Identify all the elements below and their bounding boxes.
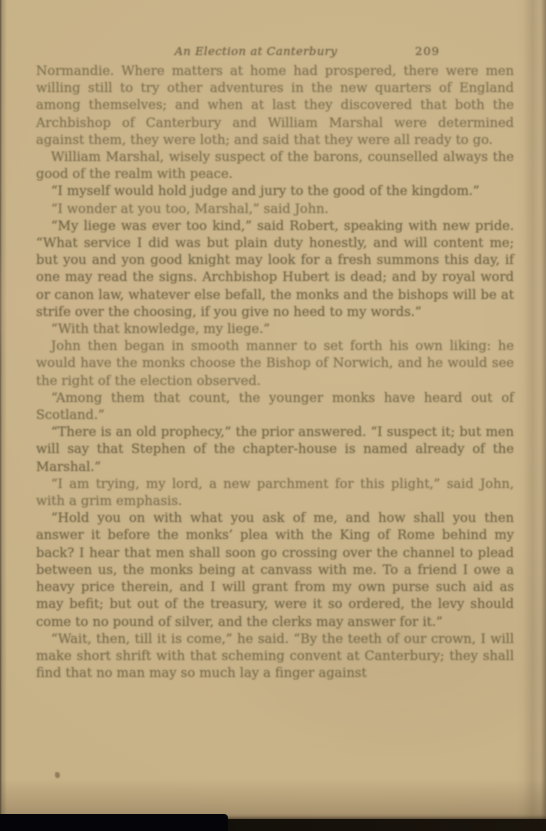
paragraph-dialogue: “Wait, then, till it is come,” he said. …	[36, 631, 514, 683]
paragraph-dialogue: “There is an old prophecy,” the prior an…	[36, 424, 514, 476]
paragraph-continuation: Normandie. Where matters at home had pro…	[36, 63, 514, 149]
paragraph-dialogue: “I myself would hold judge and jury to t…	[36, 183, 514, 200]
page-curve-shadow	[523, 0, 539, 820]
photo-bottom-edge-left	[0, 814, 228, 831]
paragraph-dialogue: “Hold you on with what you ask of me, an…	[36, 510, 514, 630]
paragraph-dialogue: “I am trying, my lord, a new parchment f…	[36, 476, 514, 510]
chapter-running-title: An Election at Canterbury	[150, 44, 362, 58]
page-number: 209	[415, 44, 440, 58]
paragraph-dialogue: “With that knowledge, my liege.”	[36, 321, 514, 338]
running-head: An Election at Canterbury 209	[0, 44, 546, 60]
ink-speck	[55, 772, 60, 778]
paragraph-dialogue: “Among them that count, the younger monk…	[36, 390, 514, 424]
paragraph-dialogue: “I wonder at you too, Marshal,” said Joh…	[36, 201, 514, 218]
page-body-text: Normandie. Where matters at home had pro…	[36, 63, 514, 682]
paragraph: John then began in smooth manner to set …	[36, 338, 514, 390]
paragraph: William Marshal, wisely suspect of the b…	[36, 149, 514, 183]
book-page-photo: An Election at Canterbury 209 Normandie.…	[0, 0, 546, 831]
paragraph-dialogue: “My liege was ever too kind,” said Rober…	[36, 218, 514, 321]
